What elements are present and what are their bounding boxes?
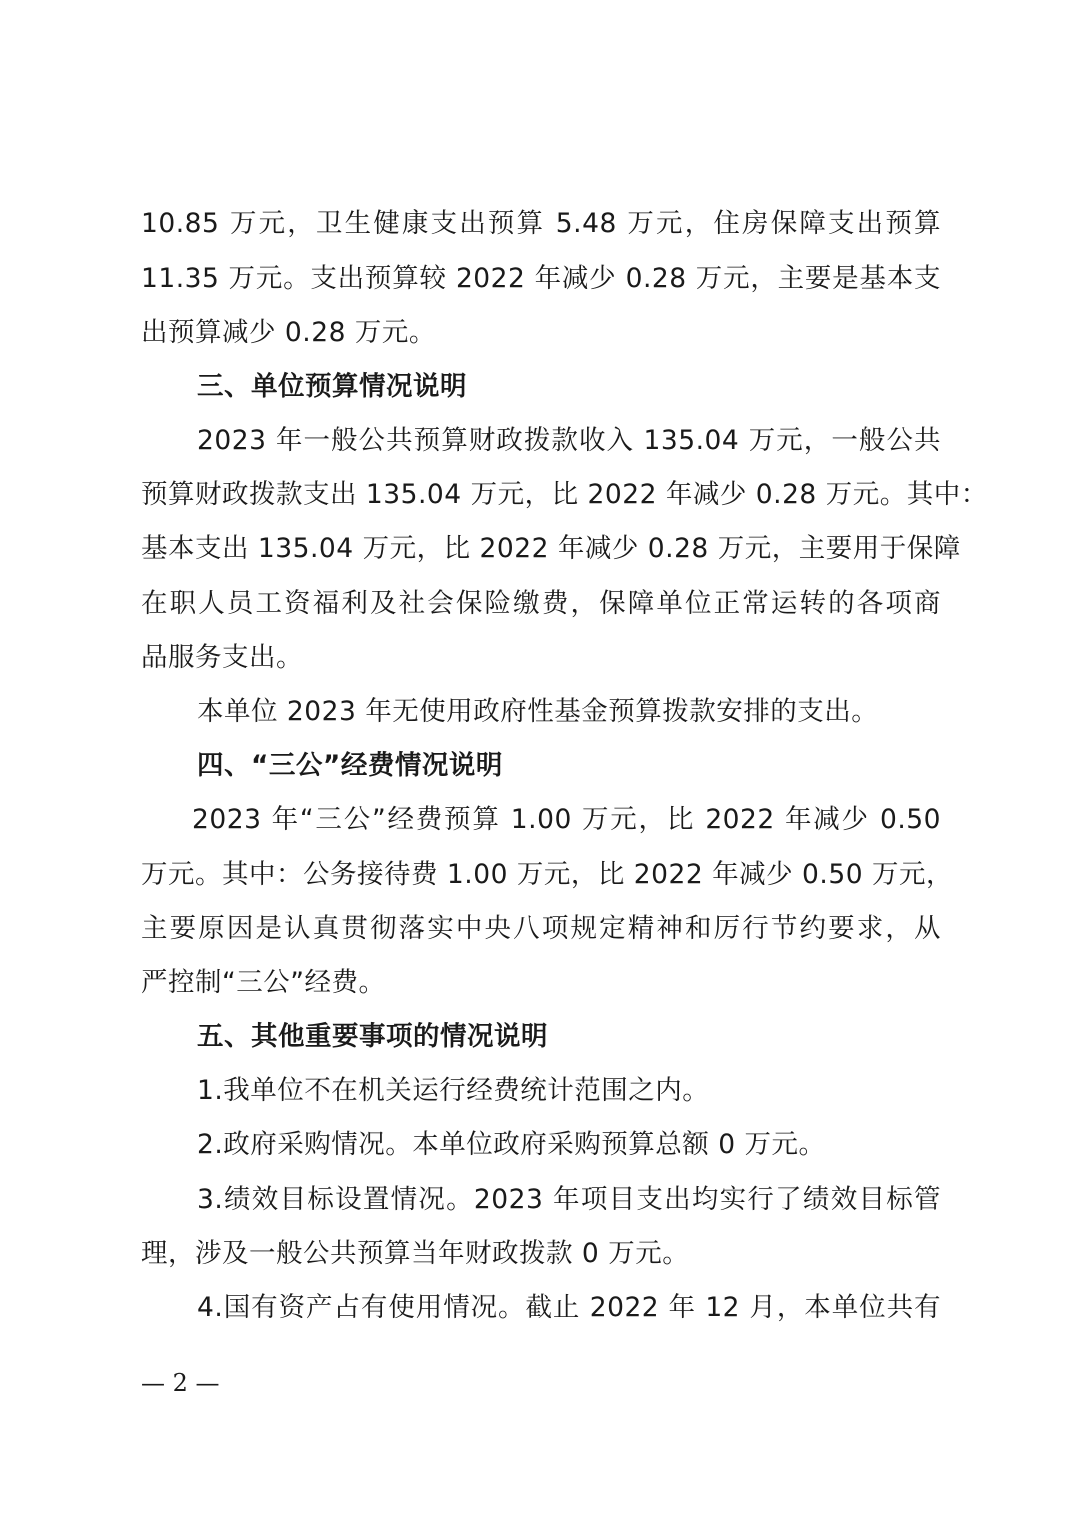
body-text-line: 11.35 万元。支出预算较 2022 年减少 0.28 万元，主要是基本支 bbox=[141, 261, 941, 297]
body-text-line: 2023 年一般公共预算财政拨款收入 135.04 万元，一般公共 bbox=[197, 423, 941, 459]
list-item: 1.我单位不在机关运行经费统计范围之内。 bbox=[197, 1073, 941, 1109]
section-heading: 三、单位预算情况说明 bbox=[197, 369, 941, 405]
section-heading: 四、“三公”经费情况说明 bbox=[197, 748, 941, 784]
body-text-line: 预算财政拨款支出 135.04 万元，比 2022 年减少 0.28 万元。其中… bbox=[141, 477, 941, 513]
body-text-line: 出预算减少 0.28 万元。 bbox=[141, 315, 941, 351]
body-text-line: 理，涉及一般公共预算当年财政拨款 0 万元。 bbox=[141, 1236, 941, 1272]
body-text-line: 基本支出 135.04 万元，比 2022 年减少 0.28 万元，主要用于保障 bbox=[141, 531, 941, 567]
body-text-line: 主要原因是认真贯彻落实中央八项规定精神和厉行节约要求，从 bbox=[141, 911, 941, 947]
list-item: 4.国有资产占有使用情况。截止 2022 年 12 月，本单位共有 bbox=[197, 1290, 941, 1326]
body-text-line: 品服务支出。 bbox=[141, 640, 941, 676]
list-item: 3.绩效目标设置情况。2023 年项目支出均实行了绩效目标管 bbox=[197, 1182, 941, 1218]
body-text-line: 本单位 2023 年无使用政府性基金预算拨款安排的支出。 bbox=[197, 694, 941, 730]
page-number: — 2 — bbox=[141, 1368, 220, 1398]
section-heading: 五、其他重要事项的情况说明 bbox=[197, 1019, 941, 1055]
body-text-line: 在职人员工资福利及社会保险缴费，保障单位正常运转的各项商 bbox=[141, 586, 941, 622]
list-item: 2.政府采购情况。本单位政府采购预算总额 0 万元。 bbox=[197, 1127, 941, 1163]
document-page: 10.85 万元，卫生健康支出预算 5.48 万元，住房保障支出预算 11.35… bbox=[0, 0, 1074, 1520]
body-text-line: 10.85 万元，卫生健康支出预算 5.48 万元，住房保障支出预算 bbox=[141, 206, 941, 242]
body-text-line: 严控制“三公”经费。 bbox=[141, 965, 941, 1001]
body-text-line: 2023 年“三公”经费预算 1.00 万元，比 2022 年减少 0.50 bbox=[192, 802, 941, 838]
body-text-line: 万元。其中：公务接待费 1.00 万元，比 2022 年减少 0.50 万元， bbox=[141, 857, 941, 893]
